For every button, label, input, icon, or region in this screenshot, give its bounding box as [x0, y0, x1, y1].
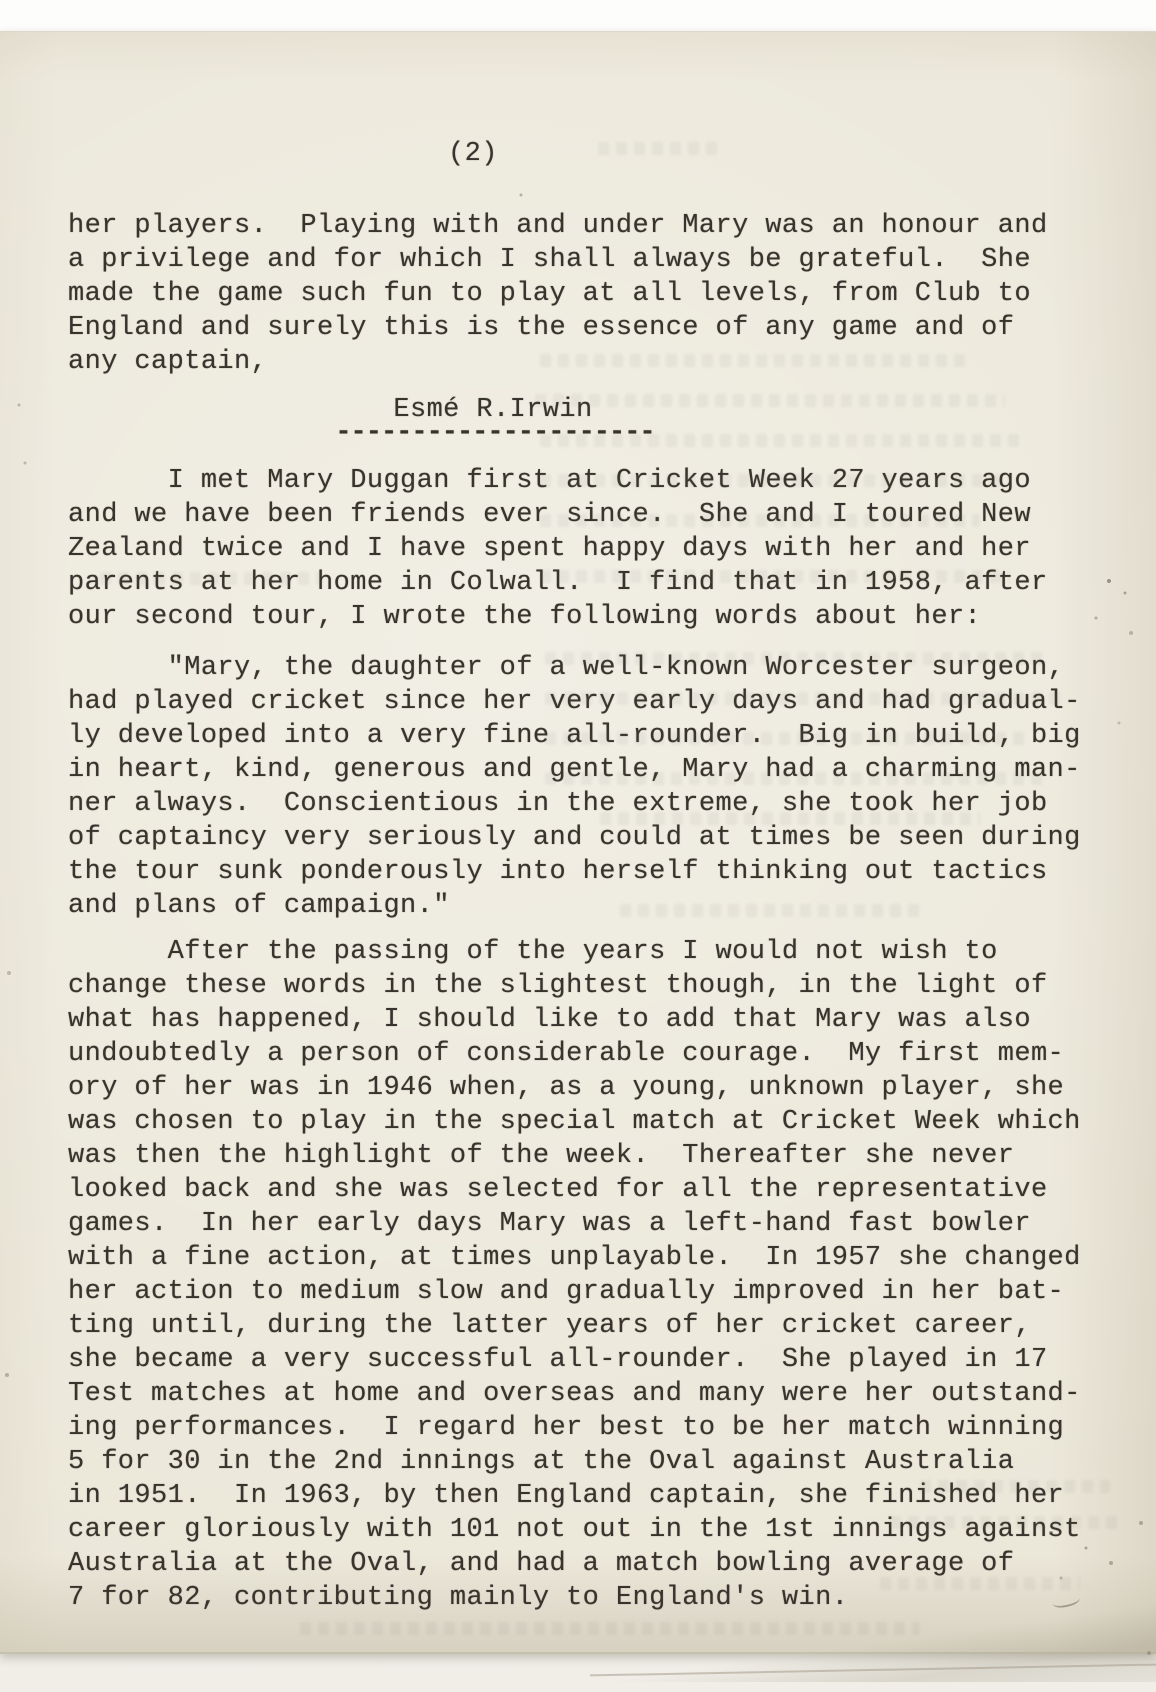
paper-sheet: (2) her players. Playing with and under … — [0, 31, 1156, 1654]
paragraph-career-summary: After the passing of the years I would n… — [68, 935, 1113, 1615]
bleed-through-mark — [620, 904, 920, 917]
bleed-through-mark — [920, 1480, 1110, 1493]
scanned-document: (2) her players. Playing with and under … — [0, 0, 1156, 1692]
bleed-through-mark — [598, 142, 718, 155]
bleed-through-mark — [545, 772, 1045, 785]
bleed-through-mark — [600, 812, 980, 825]
bleed-through-mark — [880, 1577, 1080, 1590]
bleed-through-mark — [545, 692, 1065, 705]
paper-edge-line — [590, 1664, 1156, 1677]
paragraph-met-mary-duggan: I met Mary Duggan first at Cricket Week … — [68, 464, 1108, 634]
bleed-through-mark — [540, 570, 1010, 583]
bleed-through-mark — [540, 514, 980, 527]
ink-speckles — [0, 32, 2, 34]
bleed-through-mark — [100, 572, 320, 585]
bleed-through-mark — [540, 354, 970, 367]
bleed-through-mark — [540, 474, 1010, 487]
bleed-through-mark — [540, 434, 1020, 447]
page-number: (2) — [448, 137, 498, 171]
bleed-through-mark — [300, 1622, 920, 1635]
bleed-through-mark — [545, 652, 1045, 665]
bleed-through-mark — [545, 732, 1025, 745]
bleed-through-mark — [535, 394, 1005, 407]
bleed-through-mark — [890, 1516, 1120, 1529]
